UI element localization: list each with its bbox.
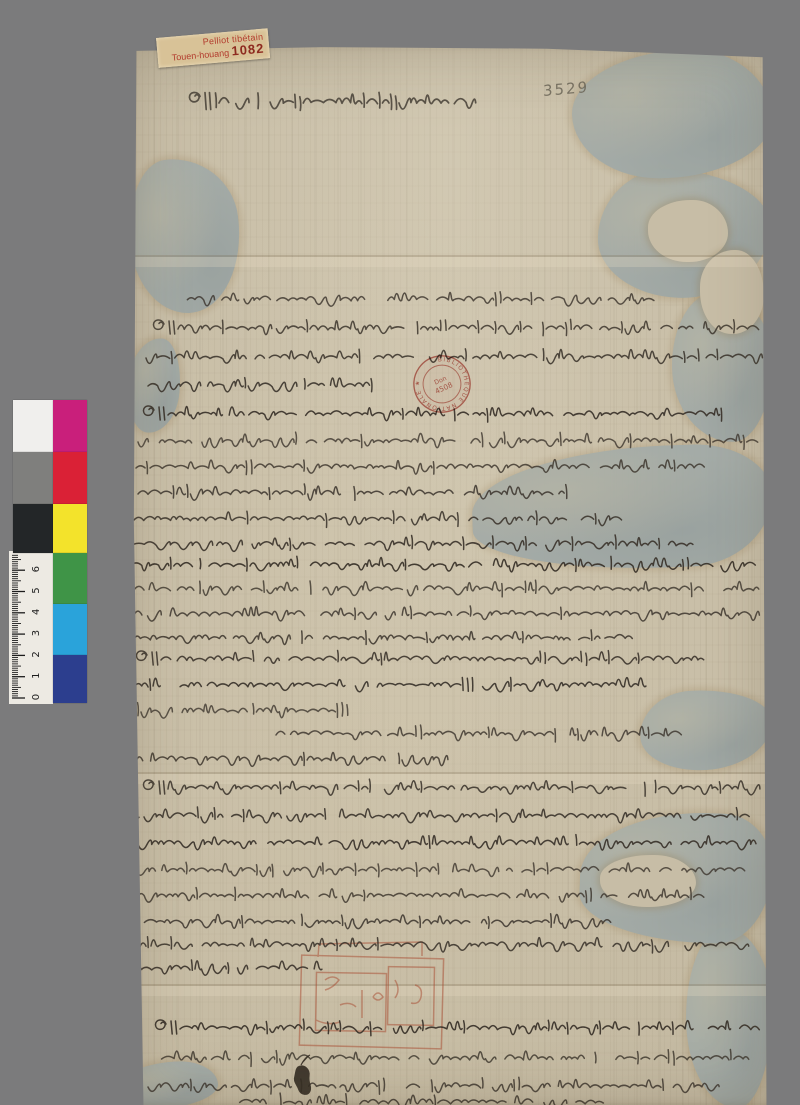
- tibetan-text-line: [130, 887, 704, 902]
- color-swatch-white: [13, 400, 53, 452]
- cm-ruler: 0123456: [9, 551, 54, 707]
- color-swatch-yellow: [53, 504, 87, 553]
- library-stamp-icon: BIBLIOTHÈQUE NATIONALE ★ Don 4508: [406, 348, 478, 420]
- ruler-number: 6: [31, 566, 42, 572]
- tibetan-text-line: [134, 914, 623, 929]
- tibetan-text-line: [138, 703, 351, 719]
- tibetan-text-line: [132, 752, 448, 766]
- tibetan-text-line: [148, 1077, 719, 1094]
- color-swatch-green: [53, 553, 87, 604]
- tibetan-text-line: [131, 937, 749, 953]
- tibetan-text-line: [132, 535, 693, 551]
- tibetan-text-line: [276, 725, 681, 742]
- color-swatch-gray: [13, 452, 53, 504]
- tibetan-text-line: [130, 862, 745, 877]
- color-swatch-cyan: [53, 604, 87, 655]
- tibetan-text-line: [134, 630, 632, 645]
- ruler-number: 4: [31, 609, 42, 615]
- tibetan-text-line: [143, 779, 759, 796]
- tibetan-text-line: [187, 292, 654, 307]
- tibetan-text-layer: [130, 45, 771, 1105]
- tibetan-text-line: [134, 807, 760, 823]
- ruler-number: 5: [31, 587, 42, 593]
- ink-blot: [294, 1055, 310, 1094]
- tibetan-text-line: [162, 1050, 749, 1067]
- tibetan-text-line: [240, 1093, 604, 1105]
- tibetan-text-line: [155, 1019, 759, 1035]
- tibetan-text-line: [138, 484, 569, 500]
- ruler-number: 3: [31, 630, 42, 636]
- color-swatch-red: [53, 452, 87, 504]
- tibetan-text-line: [153, 319, 758, 335]
- ruler-number: 1: [31, 673, 42, 679]
- color-swatch-black: [13, 504, 53, 553]
- photo-stage: BIBLIOTHÈQUE NATIONALE ★ Don 4508 Pellio…: [0, 0, 800, 1105]
- ruler-number: 0: [31, 694, 42, 700]
- tibetan-text-line: [132, 677, 646, 692]
- tibetan-text-line: [134, 580, 759, 597]
- tibetan-text-line: [134, 606, 759, 621]
- tibetan-text-line: [136, 651, 703, 666]
- tibetan-text-line: [130, 556, 755, 572]
- tibetan-text-line: [130, 835, 756, 850]
- tibetan-text-line: [136, 460, 704, 475]
- ruler-number: 2: [31, 651, 42, 657]
- color-swatch-blue: [53, 655, 87, 703]
- tibetan-text-line: [134, 511, 622, 528]
- color-swatch-magenta: [53, 400, 87, 452]
- header-text-line: [189, 92, 475, 110]
- tibetan-text-line: [138, 432, 758, 449]
- tibetan-text-line: [148, 378, 375, 392]
- label-shelfmark-number: 1082: [231, 41, 265, 59]
- color-calibration-target: 0123456: [9, 398, 91, 707]
- manuscript-scroll: BIBLIOTHÈQUE NATIONALE ★ Don 4508: [130, 45, 771, 1105]
